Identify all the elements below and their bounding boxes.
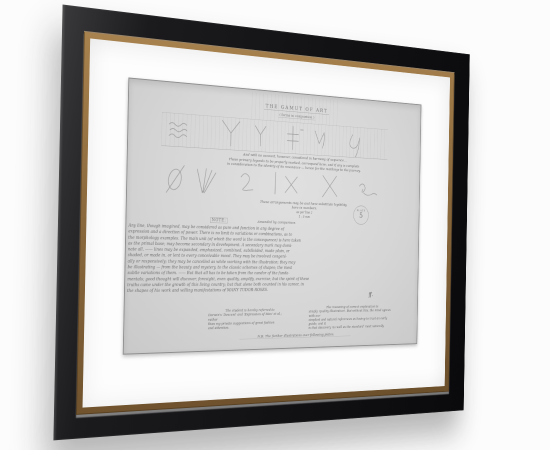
glyph-numeral-2 <box>241 173 253 190</box>
plate-number-circle: PLATE 5 <box>353 205 369 224</box>
glyph-cursive-loop <box>350 134 360 157</box>
signature-mark: ff. <box>368 291 373 298</box>
picture-frame: THE GAMUT OF ART ( forms in comparison ) <box>53 5 469 441</box>
glyph-bar-and-x <box>275 172 297 195</box>
footnote-left-column: The student is hereby referred to Darwin… <box>208 307 290 330</box>
mat-board: THE GAMUT OF ART ( forms in comparison ) <box>83 38 450 407</box>
document: THE GAMUT OF ART ( forms in comparison ) <box>124 79 422 355</box>
glyph-slashed-oval <box>166 165 184 193</box>
glyph-double-bar-cross <box>287 126 303 150</box>
paragraph-line: the shapes of his work and willing manif… <box>127 287 390 294</box>
glyph-y-large <box>222 120 240 146</box>
glyph-v-descender <box>315 131 325 148</box>
print-paper: THE GAMUT OF ART ( forms in comparison ) <box>123 77 422 354</box>
note-label: NOTE: <box>210 217 228 223</box>
gold-fillet: THE GAMUT OF ART ( forms in comparison ) <box>76 31 454 415</box>
framed-artwork-photo: THE GAMUT OF ART ( forms in comparison ) <box>0 0 550 450</box>
glyph-triple-wave <box>169 122 187 138</box>
glyph-y-small <box>255 126 266 147</box>
footnote-left-line: and attention. <box>208 324 290 330</box>
footnote-right-column: The reasoning of correct explanation is … <box>308 304 394 330</box>
bottom-note-line: N.B. The further illustrations over foll… <box>240 332 351 340</box>
glyph-y-flourish <box>359 184 377 196</box>
footnote-right-line: is that discovery 'as well as the standa… <box>308 324 394 330</box>
plate-number: 5 <box>354 212 369 219</box>
glyph-x-large <box>323 176 338 198</box>
scene: THE GAMUT OF ART ( forms in comparison ) <box>58 4 550 444</box>
glyph-w-trident <box>197 168 216 193</box>
note-paragraph: Any line, though imagined, may be consid… <box>127 223 391 294</box>
amended-line: Amended by comparison. <box>234 219 319 225</box>
